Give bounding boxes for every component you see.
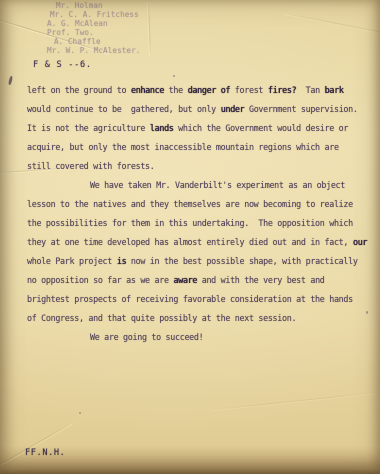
overstruck-text: enhance (131, 85, 164, 95)
typed-text: the (164, 85, 188, 95)
typed-line: lesson to the natives and they themselve… (27, 195, 367, 214)
ink-speck (173, 75, 175, 77)
typed-line: no opposition so far as we are aware and… (27, 271, 367, 290)
typed-line: acquire, but only the most inaccessible … (27, 138, 367, 157)
typed-text: would continue to be gathered, but only (27, 104, 221, 114)
typed-text: forest (230, 85, 268, 95)
page-reference: F & S --6. (33, 60, 92, 70)
carbon-distribution-list: Mr. HolmanMr. C. A. FritchessA. G. McAle… (47, 2, 140, 55)
typed-line: would continue to be gathered, but only … (27, 100, 367, 119)
typed-text: left on the ground to (27, 85, 131, 95)
typed-text: whole Park project (27, 256, 117, 266)
typed-text: brightest prospects of receiving favorab… (27, 294, 353, 304)
typed-line: left on the ground to enhance the danger… (27, 81, 367, 100)
typed-line: they at one time developed has almost en… (27, 233, 367, 252)
overstruck-text: danger of (188, 85, 231, 95)
typed-line: whole Park project is now in the best po… (27, 252, 367, 271)
typed-text: Tan (296, 85, 324, 95)
letter-body: left on the ground to enhance the danger… (27, 81, 367, 347)
typed-line: brightest prospects of receiving favorab… (27, 290, 367, 309)
overstruck-text: fires? (268, 85, 296, 95)
typed-line: still covered with forests. (27, 157, 367, 176)
typed-text: which the Government would desire or (173, 123, 348, 133)
typed-line: the possibilities for them in this under… (27, 214, 367, 233)
paper-crease (210, 391, 380, 411)
typed-text: and with the very best and (197, 275, 325, 285)
paper-sheet: Mr. HolmanMr. C. A. FritchessA. G. McAle… (0, 0, 380, 474)
typed-text: no opposition so far as we are (27, 275, 173, 285)
typed-line: of Congress, and that quite possibly at … (27, 309, 367, 328)
typed-text: they at one time developed has almost en… (27, 237, 353, 247)
paper-crease (148, 2, 151, 56)
typed-line: We are going to succeed! (27, 328, 367, 347)
distribution-list-line: Mr. W. P. McAlester. (47, 47, 140, 56)
typed-text: now in the best possible shape, with pra… (126, 256, 357, 266)
typed-line: It is not the agriculture lands which th… (27, 119, 367, 138)
typed-text: still covered with forests. (27, 161, 155, 171)
overstruck-text: under (221, 104, 245, 114)
typed-text: of Congress, and that quite possibly at … (27, 313, 296, 323)
paper-crease (283, 13, 380, 41)
overstruck-text: aware (173, 275, 197, 285)
typed-text: acquire, but only the most inaccessible … (27, 142, 339, 152)
overstruck-text: lands (150, 123, 174, 133)
ink-speck (79, 412, 81, 414)
typed-text: We have taken Mr. Vanderbilt's experimen… (90, 180, 345, 190)
typist-initials: FF.N.H. (25, 448, 65, 458)
overstruck-text: is (117, 256, 126, 266)
typed-text: lesson to the natives and they themselve… (27, 199, 353, 209)
paper-crease (0, 422, 73, 470)
typed-text: Government supervision. (244, 104, 357, 114)
typed-text: It is not the agriculture (27, 123, 150, 133)
overstruck-text: bark (325, 85, 344, 95)
overstruck-text: our (353, 237, 367, 247)
typed-text: the possibilities for them in this under… (27, 218, 353, 228)
typed-line: We have taken Mr. Vanderbilt's experimen… (27, 176, 367, 195)
ink-speck (8, 76, 13, 85)
typed-text: We are going to succeed! (90, 332, 203, 342)
